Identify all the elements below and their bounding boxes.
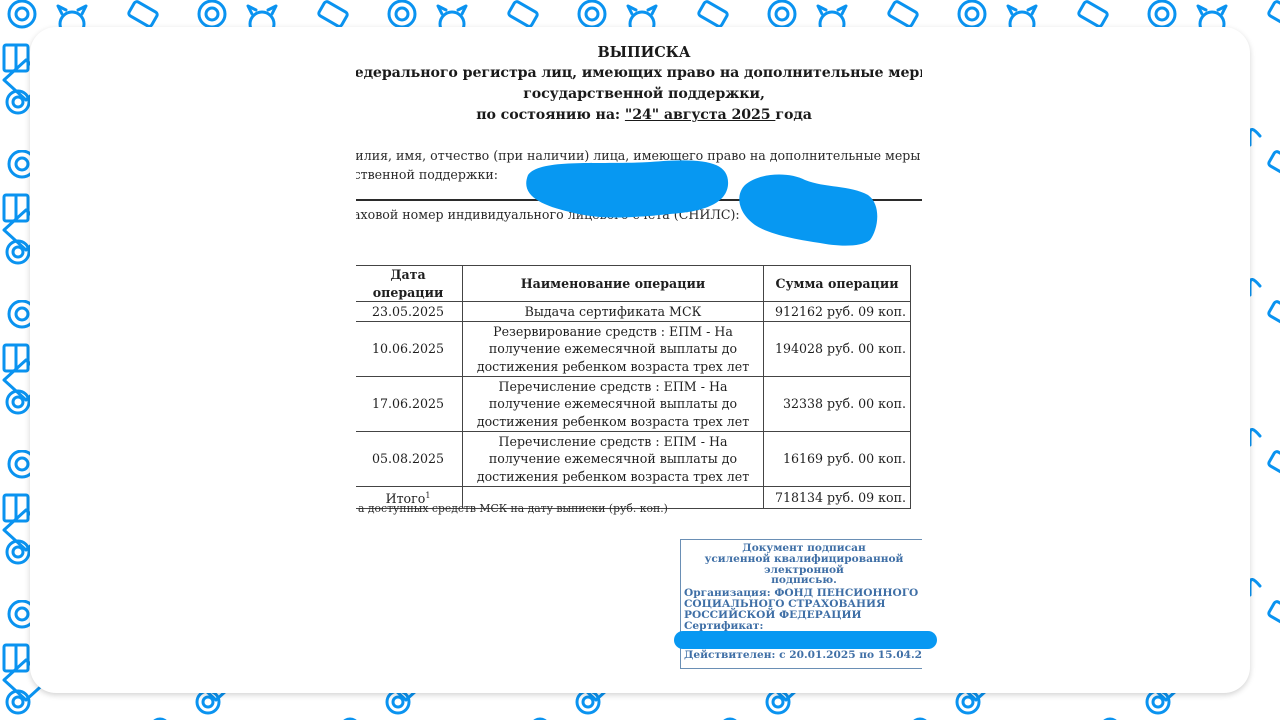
redaction-mark-certificate xyxy=(674,631,937,649)
redaction-mark-name xyxy=(526,160,728,217)
redaction-overlay xyxy=(0,0,1280,720)
redaction-mark-snils xyxy=(739,175,877,246)
